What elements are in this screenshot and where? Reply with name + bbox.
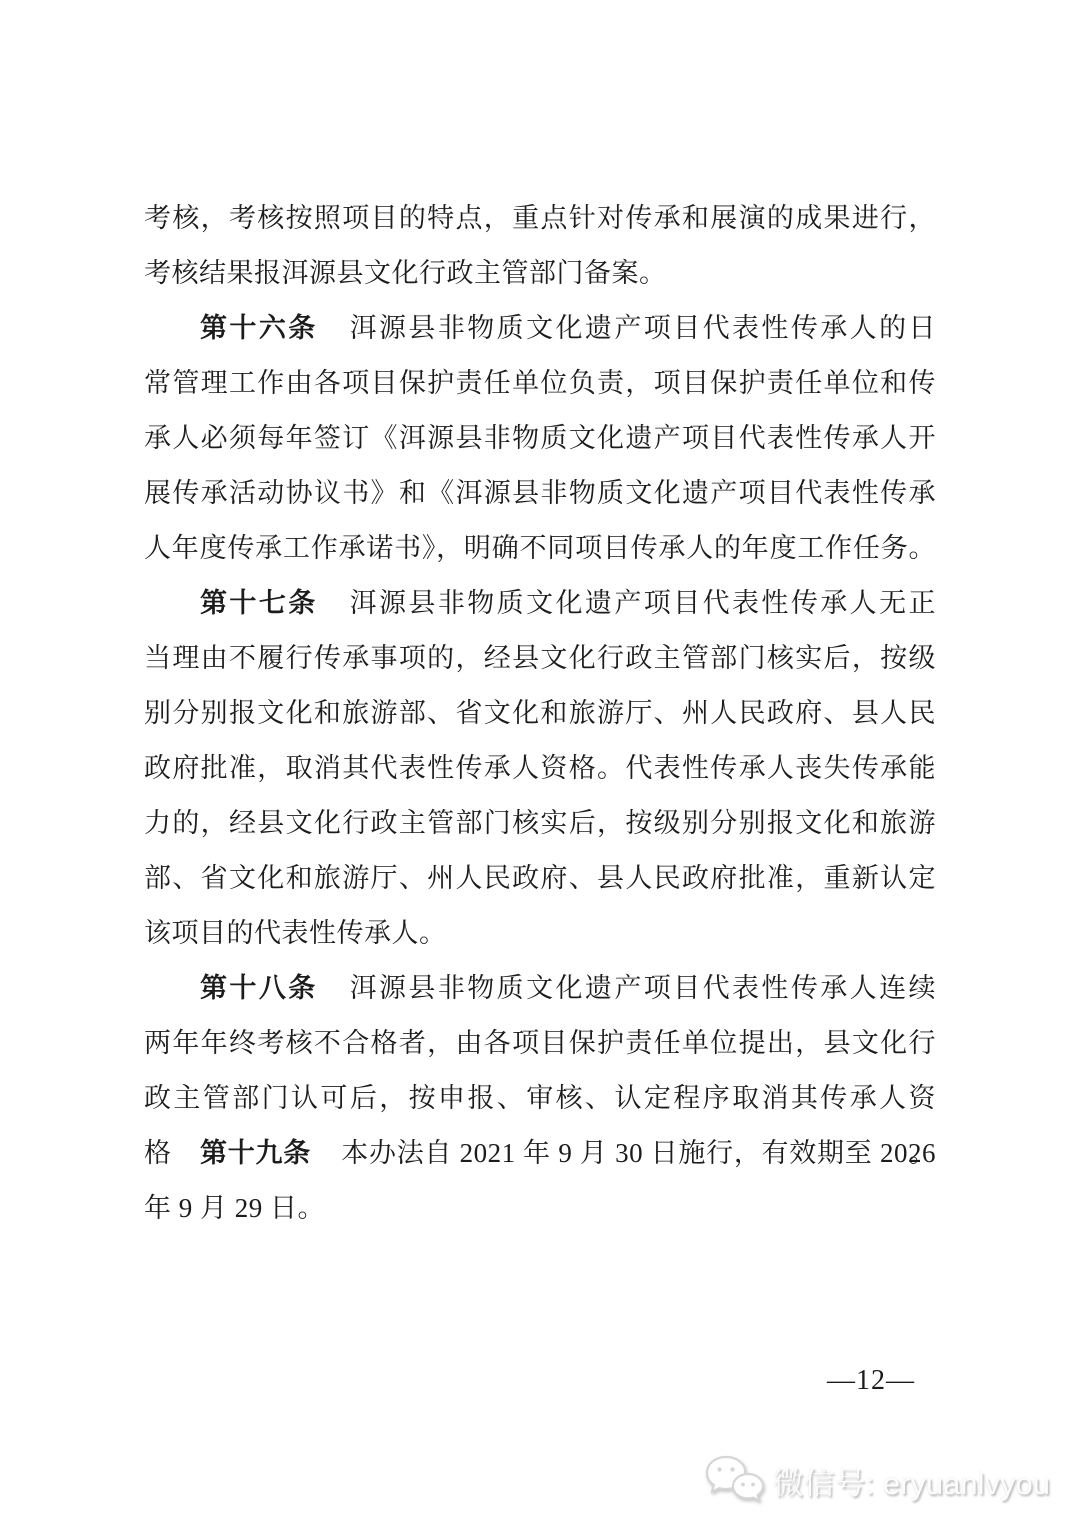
text-line: 当理由不履行传承事项的，经县文化行政主管部门核实后，按级 [144, 631, 936, 686]
article-number-gap [318, 336, 348, 337]
text-line: 该项目的代表性传承人。 [144, 906, 936, 961]
article-number-gap [318, 996, 348, 997]
line-text: 部、省文化和旅游厅、州人民政府、县人民政府批准，重新认定 [144, 863, 936, 893]
text-line: 第十八条洱源县非物质文化遗产项目代表性传承人连续 [144, 961, 936, 1016]
article-number-gap [311, 1161, 341, 1162]
line-text: 该项目的代表性传承人。 [144, 918, 447, 948]
text-line: 政府批准，取消其代表性传承人资格。代表性传承人丧失传承能 [144, 741, 936, 796]
line-text: 本办法自 2021 年 9 月 30 日施行，有效期至 2026 [341, 1138, 936, 1168]
text-line: 第十九条本办法自 2021 年 9 月 30 日施行，有效期至 2026 [144, 1126, 936, 1181]
line-text: 两年年终考核不合格者，由各项目保护责任单位提出，县文化行 [144, 1028, 936, 1058]
text-line: 展传承活动协议书》和《洱源县非物质文化遗产项目代表性传承 [144, 466, 936, 521]
article-number: 第十八条 [200, 973, 318, 1003]
line-text: 政府批准，取消其代表性传承人资格。代表性传承人丧失传承能 [144, 753, 936, 783]
text-line: 政主管部门认可后，按申报、审核、认定程序取消其传承人资格。 [144, 1071, 936, 1126]
text-line: 两年年终考核不合格者，由各项目保护责任单位提出，县文化行 [144, 1016, 936, 1071]
article-number: 第十六条 [200, 313, 318, 343]
article-number: 第十七条 [200, 588, 318, 618]
text-line: 承人必须每年签订《洱源县非物质文化遗产项目代表性传承人开 [144, 411, 936, 466]
document-body: 考核，考核按照项目的特点，重点针对传承和展演的成果进行，考核结果报洱源县文化行政… [144, 191, 936, 1236]
page-number: —12— [827, 1365, 915, 1397]
line-text: 洱源县非物质文化遗产项目代表性传承人连续 [348, 973, 936, 1003]
line-text: 人年度传承工作承诺书》，明确不同项目传承人的年度工作任务。 [144, 533, 936, 563]
text-line: 第十七条洱源县非物质文化遗产项目代表性传承人无正 [144, 576, 936, 631]
text-line: 人年度传承工作承诺书》，明确不同项目传承人的年度工作任务。 [144, 521, 936, 576]
text-line: 考核结果报洱源县文化行政主管部门备案。 [144, 246, 936, 301]
line-text: 力的，经县文化行政主管部门核实后，按级别分别报文化和旅游 [144, 808, 936, 838]
article-number: 第十九条 [200, 1138, 311, 1168]
line-text: 洱源县非物质文化遗产项目代表性传承人的日 [348, 313, 936, 343]
text-line: 别分别报文化和旅游部、省文化和旅游厅、州人民政府、县人民 [144, 686, 936, 741]
text-line: 常管理工作由各项目保护责任单位负责，项目保护责任单位和传 [144, 356, 936, 411]
watermark: 微信号: eryuanlvyou [703, 1450, 1050, 1510]
line-text: 年 9 月 29 日。 [144, 1193, 325, 1223]
text-line: 考核，考核按照项目的特点，重点针对传承和展演的成果进行， [144, 191, 936, 246]
text-line: 第十六条洱源县非物质文化遗产项目代表性传承人的日 [144, 301, 936, 356]
text-line: 力的，经县文化行政主管部门核实后，按级别分别报文化和旅游 [144, 796, 936, 851]
line-text: 洱源县非物质文化遗产项目代表性传承人无正 [348, 588, 936, 618]
wechat-icon [703, 1454, 765, 1506]
line-text: 承人必须每年签订《洱源县非物质文化遗产项目代表性传承人开 [144, 423, 936, 453]
text-line: 部、省文化和旅游厅、州人民政府、县人民政府批准，重新认定 [144, 851, 936, 906]
line-text: 当理由不履行传承事项的，经县文化行政主管部门核实后，按级 [144, 643, 936, 673]
line-text: 考核结果报洱源县文化行政主管部门备案。 [144, 258, 667, 288]
text-line: 年 9 月 29 日。 [144, 1181, 936, 1236]
line-text: 展传承活动协议书》和《洱源县非物质文化遗产项目代表性传承 [144, 478, 936, 508]
line-text: 别分别报文化和旅游部、省文化和旅游厅、州人民政府、县人民 [144, 698, 936, 728]
document-page: 考核，考核按照项目的特点，重点针对传承和展演的成果进行，考核结果报洱源县文化行政… [0, 0, 1080, 1528]
line-text: 考核，考核按照项目的特点，重点针对传承和展演的成果进行， [144, 203, 936, 233]
watermark-label: 微信号: eryuanlvyou [773, 1458, 1050, 1503]
line-text: 常管理工作由各项目保护责任单位负责，项目保护责任单位和传 [144, 368, 936, 398]
article-number-gap [318, 611, 348, 612]
